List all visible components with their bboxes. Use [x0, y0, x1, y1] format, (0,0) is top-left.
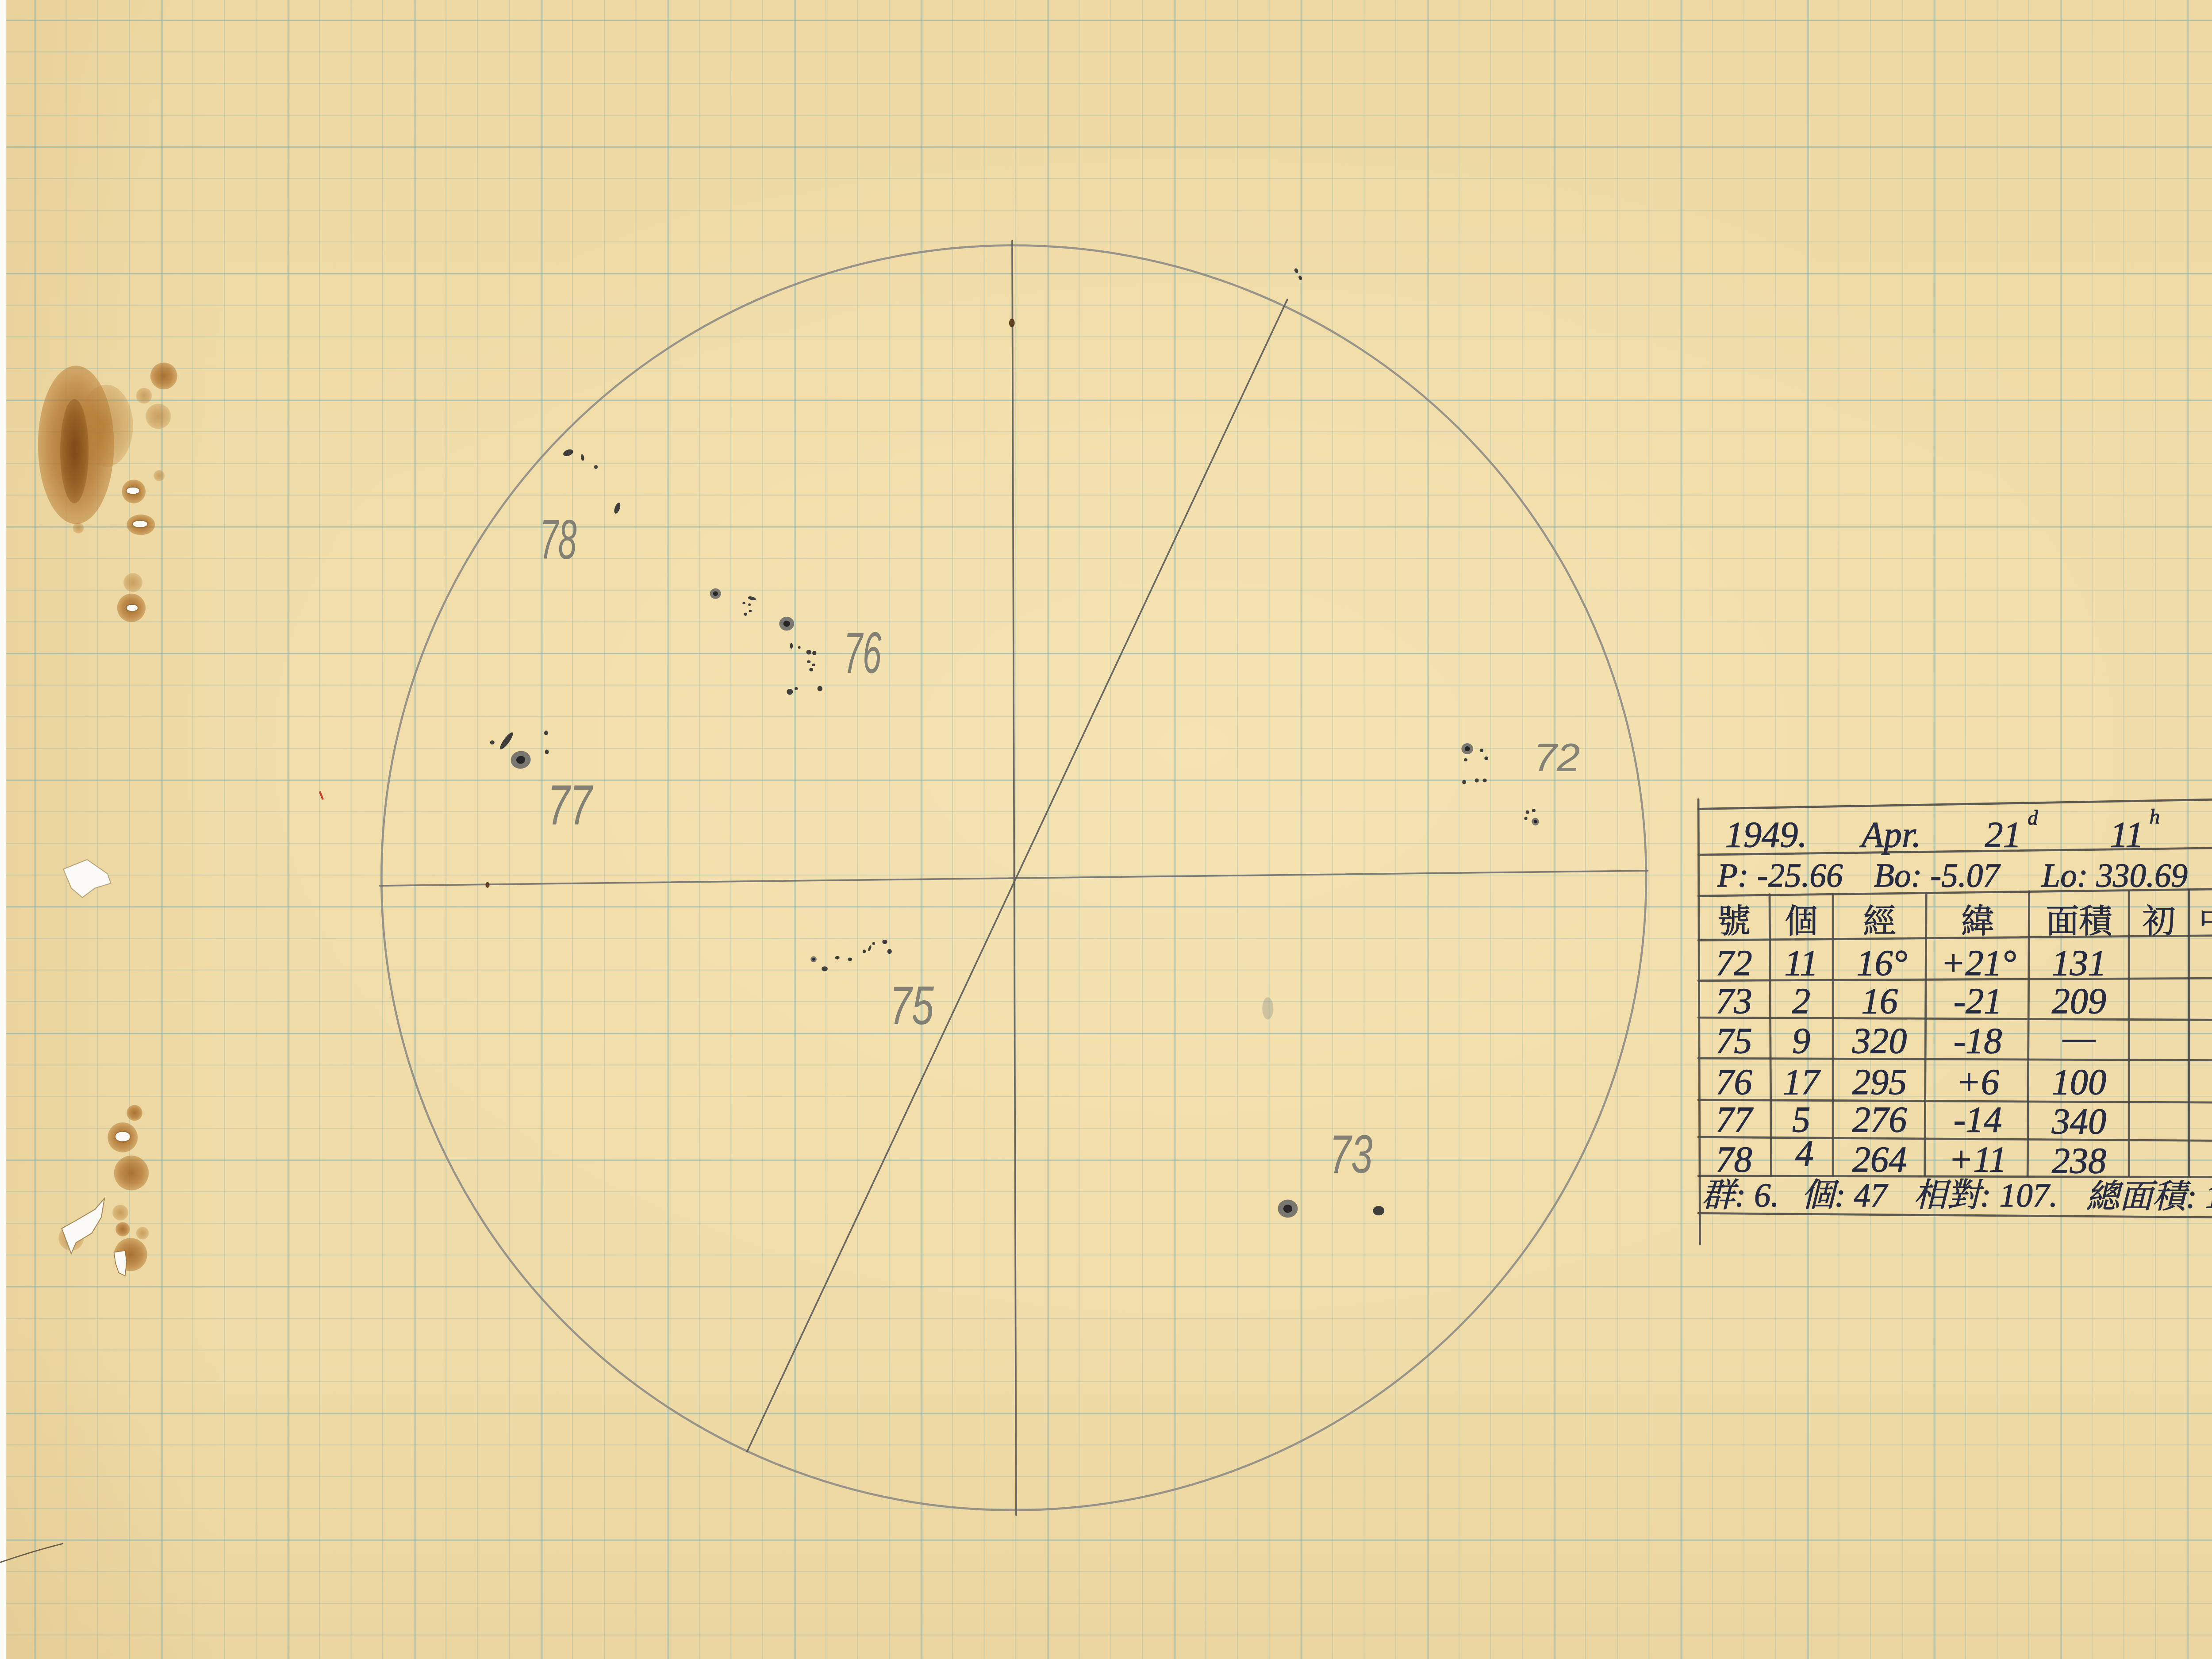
date-year: 1949.	[1725, 814, 1807, 855]
sunspot	[1484, 757, 1488, 760]
date-hour: 11	[2110, 814, 2143, 855]
sunspot	[498, 731, 515, 751]
fold-mark	[0, 1544, 63, 1563]
table-border-left	[1698, 799, 1700, 1244]
paper-tear	[62, 1198, 105, 1254]
sunspot-umbra	[1465, 746, 1470, 751]
cell-area: 209	[2052, 981, 2106, 1021]
cell-count: 9	[1792, 1021, 1810, 1061]
sunspot-group-77	[490, 730, 549, 770]
sunspot	[580, 454, 585, 461]
sunspot	[835, 956, 840, 960]
sunspot	[863, 950, 866, 953]
date-day: 21	[1985, 814, 2021, 855]
param-P: P: -25.66	[1717, 857, 1843, 894]
sunspot	[818, 686, 822, 691]
sunspot	[1373, 1206, 1384, 1215]
cell-area: 340	[2051, 1101, 2106, 1141]
sunspot	[748, 603, 751, 606]
column-header-first: 初	[2143, 903, 2176, 940]
table-row: 73 2 16 -21 209 73	[1716, 981, 2212, 1021]
param-Bo: Bo: -5.07	[1874, 857, 2001, 894]
sunspot	[1464, 758, 1467, 761]
observation-date: 1949. Apr. 21 d 11 h	[1725, 806, 2160, 855]
column-header-latitude: 緯	[1961, 903, 1994, 940]
sunspot	[790, 643, 793, 649]
sunspot	[887, 949, 892, 954]
sunspot	[806, 650, 811, 655]
solar-parameters: P: -25.66 Bo: -5.07 Lo: 330.69	[1717, 857, 2188, 894]
cell-latitude: +6	[1956, 1062, 1999, 1102]
column-header-longitude: 經	[1863, 903, 1896, 940]
cell-count: 17	[1783, 1062, 1820, 1102]
cell-number: 72	[1716, 943, 1752, 983]
cell-number: 73	[1716, 981, 1752, 1021]
table-rule	[1698, 798, 2212, 809]
group-label-72: 72	[1534, 736, 1580, 780]
sunspot	[1526, 810, 1529, 814]
sunspot	[594, 465, 598, 469]
sunspot	[1298, 275, 1303, 281]
column-header-number: 號	[1717, 903, 1751, 940]
column-header-area: 面積	[2046, 903, 2115, 940]
sunspot	[490, 741, 495, 745]
cell-number: 76	[1716, 1062, 1752, 1102]
sunspot	[1480, 749, 1484, 752]
column-divider	[2028, 891, 2029, 1176]
sunspot	[1482, 779, 1486, 783]
sunspot	[1294, 268, 1299, 274]
sunspot	[809, 668, 813, 672]
date-hour-unit: h	[2150, 806, 2160, 828]
cell-number: 78	[1716, 1139, 1752, 1179]
cell-area: —	[2062, 1017, 2096, 1057]
sunspot	[749, 610, 752, 612]
red-mark	[320, 791, 323, 799]
sunspot-umbra	[1534, 820, 1537, 823]
sunspot	[812, 651, 816, 655]
sunspot	[882, 940, 887, 944]
sunspot	[742, 602, 745, 604]
sunspot	[1475, 778, 1479, 782]
column-divider	[1770, 895, 1771, 1176]
cell-latitude: +11	[1949, 1139, 2007, 1179]
cell-area: 238	[2052, 1141, 2106, 1181]
sunspot	[822, 966, 828, 971]
cell-area: 131	[2052, 943, 2106, 983]
sunspot	[485, 882, 489, 888]
cell-latitude: +21°	[1941, 943, 2016, 983]
cell-longitude: 16	[1862, 981, 1898, 1021]
cell-count: 11	[1784, 943, 1818, 983]
group-label-76: 76	[844, 620, 882, 685]
table-row: 75 9 320 -18 — 75	[1716, 1017, 2212, 1060]
sunspot	[872, 942, 875, 945]
table-summary-row: 群: 6. 個: 47 相對: 107. 總面積: 1018	[1701, 1177, 2212, 1216]
sunspot-group-76	[710, 588, 822, 695]
sunspot	[544, 730, 548, 735]
cell-area: 100	[2052, 1062, 2106, 1102]
paper-tear	[63, 860, 111, 898]
sunspot	[1524, 817, 1527, 820]
cell-number: 77	[1716, 1099, 1753, 1140]
smudge	[1262, 997, 1273, 1019]
sunspot-group-73	[1278, 1200, 1384, 1218]
cell-longitude: 295	[1852, 1062, 1907, 1102]
sunspot	[868, 945, 872, 952]
group-label-75: 75	[890, 975, 934, 1036]
param-Lo: Lo: 330.69	[2041, 857, 2188, 894]
sunspot	[747, 595, 756, 601]
cell-number: 75	[1716, 1021, 1752, 1061]
sunspot	[798, 646, 801, 649]
sunspot	[1532, 809, 1536, 812]
column-divider	[1925, 893, 1927, 1176]
sunspot-umbra	[1283, 1205, 1292, 1213]
sunspot	[562, 448, 574, 457]
sunspot-group-78	[562, 448, 622, 515]
cell-longitude: 16°	[1856, 943, 1907, 983]
cell-latitude: -18	[1954, 1021, 2002, 1061]
scanned-sheet: 72 73 75 76 77 78	[0, 0, 2212, 1659]
record-table: 1949. Apr. 21 d 11 h P: -25.66 Bo: -5.07…	[1698, 793, 2212, 1244]
table-row: 76 17 295 +6 100	[1716, 1062, 2106, 1102]
sunspot	[613, 502, 622, 515]
group-label-77: 77	[548, 773, 594, 837]
sunspot-group-72	[1461, 743, 1539, 826]
sunspot	[807, 660, 810, 663]
cell-longitude: 320	[1852, 1021, 1907, 1061]
cell-count: 2	[1792, 981, 1810, 1021]
sunspot-umbra	[783, 621, 790, 627]
table-header-row: 號 個 經 緯 面積 初 中 末	[1717, 903, 2212, 940]
table-rule	[1698, 935, 2212, 941]
column-header-middle: 中	[2199, 903, 2212, 940]
sunspot	[1009, 319, 1015, 327]
sunspot	[545, 749, 549, 754]
other-marks	[485, 268, 1302, 1019]
group-label-78: 78	[540, 509, 577, 570]
sunspot-group-75	[810, 940, 892, 972]
paper-tear	[114, 1251, 127, 1276]
sunspot	[812, 664, 815, 666]
cell-longitude: 264	[1852, 1139, 1907, 1179]
summary-total-area: 總面積: 1018	[2086, 1179, 2212, 1215]
sunspot	[795, 687, 798, 690]
sunspot	[848, 957, 852, 961]
sunspot	[744, 613, 747, 616]
date-day-unit: d	[2028, 807, 2038, 829]
date-month: Apr.	[1859, 814, 1921, 855]
sunspot-umbra	[713, 591, 718, 596]
column-header-count: 個	[1785, 903, 1818, 940]
sheet-drawing-layer: 72 73 75 76 77 78	[0, 0, 2212, 1659]
sunspot-umbra	[812, 958, 815, 960]
cell-longitude: 276	[1852, 1099, 1907, 1140]
summary-relative-number: 相對: 107.	[1914, 1177, 2058, 1214]
cell-latitude: -21	[1954, 981, 2002, 1021]
cell-latitude: -14	[1954, 1099, 2002, 1140]
summary-spot-count: 個: 47	[1801, 1177, 1889, 1214]
table-row: 77 5 276 -14 340	[1716, 1099, 2106, 1141]
sunspot	[1462, 780, 1466, 784]
solar-disk-drawing: 72 73 75 76 77 78	[380, 241, 1648, 1515]
table-row: 72 11 16° +21° 131 72	[1716, 943, 2212, 983]
sunspot	[787, 689, 793, 695]
cell-count: 4	[1795, 1133, 1813, 1173]
summary-groups: 群: 6.	[1701, 1177, 1779, 1214]
group-label-73: 73	[1329, 1125, 1372, 1184]
